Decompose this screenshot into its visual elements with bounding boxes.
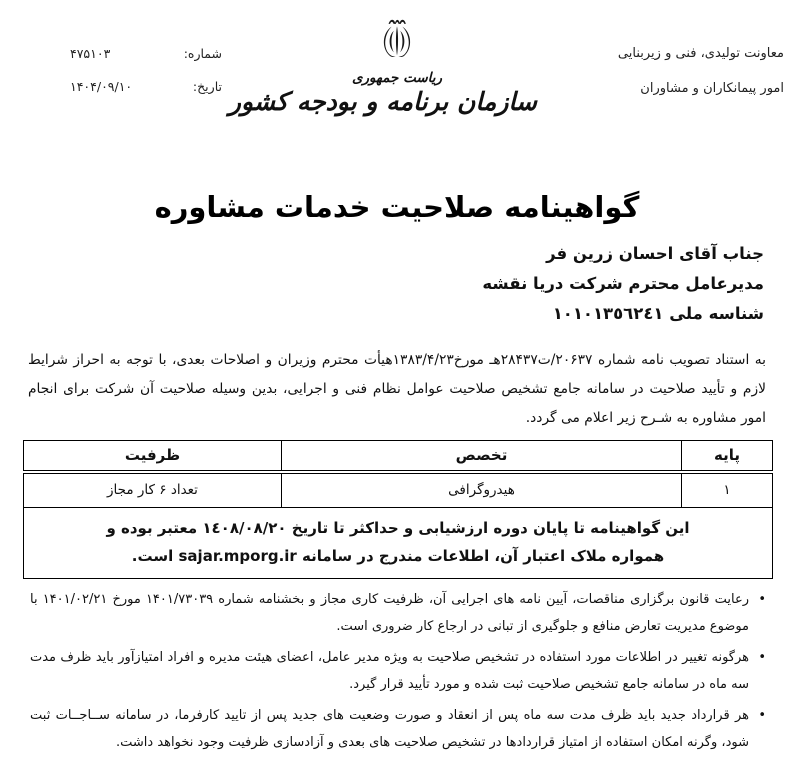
list-item: • رعایت قانون برگزاری مناقصات، آیین نامه… (30, 587, 766, 640)
validity-line-1: این گواهینامه تا پایان دوره ارزشیابی و ح… (34, 514, 762, 542)
col-capacity: ظرفیت (24, 441, 282, 472)
addressee-name: جناب آقای احسان زرین فر (0, 239, 764, 269)
bullet-icon: • (749, 645, 766, 698)
letter-meta: شماره: ۴۷۵۱۰۳ تاریخ: ۱۴۰۴/۰۹/۱۰ (70, 46, 222, 112)
list-item: • هرگونه تغییر در اطلاعات مورد استفاده د… (30, 645, 766, 698)
addressee-block: جناب آقای احسان زرین فر مدیرعامل محترم ش… (0, 239, 764, 329)
footnote-text-2: هرگونه تغییر در اطلاعات مورد استفاده در … (30, 645, 749, 698)
national-id: شناسه ملی ١٠١٠١٣٥٦٢٤١ (0, 299, 764, 329)
deputy-line: معاونت تولیدی، فنی و زیربنایی (618, 46, 784, 61)
validity-line-2: همواره ملاک اعتبار آن، اطلاعات مندرج در … (34, 542, 762, 570)
footnote-text-1: رعایت قانون برگزاری مناقصات، آیین نامه ه… (30, 587, 749, 640)
specialty-value: هیدروگرافی (282, 472, 682, 508)
qualification-table: پایه تخصص ظرفیت ۱ هیدروگرافی تعداد ۶ کار… (23, 440, 773, 579)
letterhead-right: معاونت تولیدی، فنی و زیربنایی امور پیمان… (618, 46, 784, 116)
table-header-row: پایه تخصص ظرفیت (24, 441, 773, 472)
grade-value: ۱ (682, 472, 773, 508)
letter-number-row: شماره: ۴۷۵۱۰۳ (70, 46, 222, 61)
body-paragraph: به استناد تصویب نامه شماره ۲۰۶۳۷/ت۲۸۴۳۷ه… (28, 346, 766, 433)
certificate-page: { "header": { "meta": { "number_label": … (0, 0, 794, 757)
letter-date-value: ۱۴۰۴/۰۹/۱۰ (70, 79, 132, 94)
validity-notice: این گواهینامه تا پایان دوره ارزشیابی و ح… (24, 508, 773, 579)
letterhead-center: ریاست جمهوری سازمان برنامه و بودجه کشور (257, 12, 537, 116)
table-row: ۱ هیدروگرافی تعداد ۶ کار مجاز (24, 472, 773, 508)
list-item: • هر قرارداد جدید باید ظرف مدت سه ماه پس… (30, 703, 766, 756)
addressee-role: مدیرعامل محترم شرکت دریا نقشه (0, 269, 764, 299)
iran-emblem-icon (257, 12, 537, 68)
col-grade: پایه (682, 441, 773, 472)
letter-date-row: تاریخ: ۱۴۰۴/۰۹/۱۰ (70, 79, 222, 94)
bullet-icon: • (749, 703, 766, 756)
organization-calligraphy: سازمان برنامه و بودجه کشور (257, 87, 537, 116)
footnotes: • رعایت قانون برگزاری مناقصات، آیین نامه… (30, 587, 766, 756)
validity-notice-row: این گواهینامه تا پایان دوره ارزشیابی و ح… (24, 508, 773, 579)
col-specialty: تخصص (282, 441, 682, 472)
footnote-text-3: هر قرارداد جدید باید ظرف مدت سه ماه پس ا… (30, 703, 749, 756)
presidency-caption: ریاست جمهوری (257, 70, 537, 86)
letter-number-value: ۴۷۵۱۰۳ (70, 46, 110, 61)
bullet-icon: • (749, 587, 766, 640)
letter-number-label: شماره: (184, 46, 222, 61)
certificate-title: گواهینامه صلاحیت خدمات مشاوره (0, 190, 794, 224)
affairs-line: امور پیمانکاران و مشاوران (618, 81, 784, 96)
letter-date-label: تاریخ: (193, 79, 222, 94)
capacity-value: تعداد ۶ کار مجاز (24, 472, 282, 508)
